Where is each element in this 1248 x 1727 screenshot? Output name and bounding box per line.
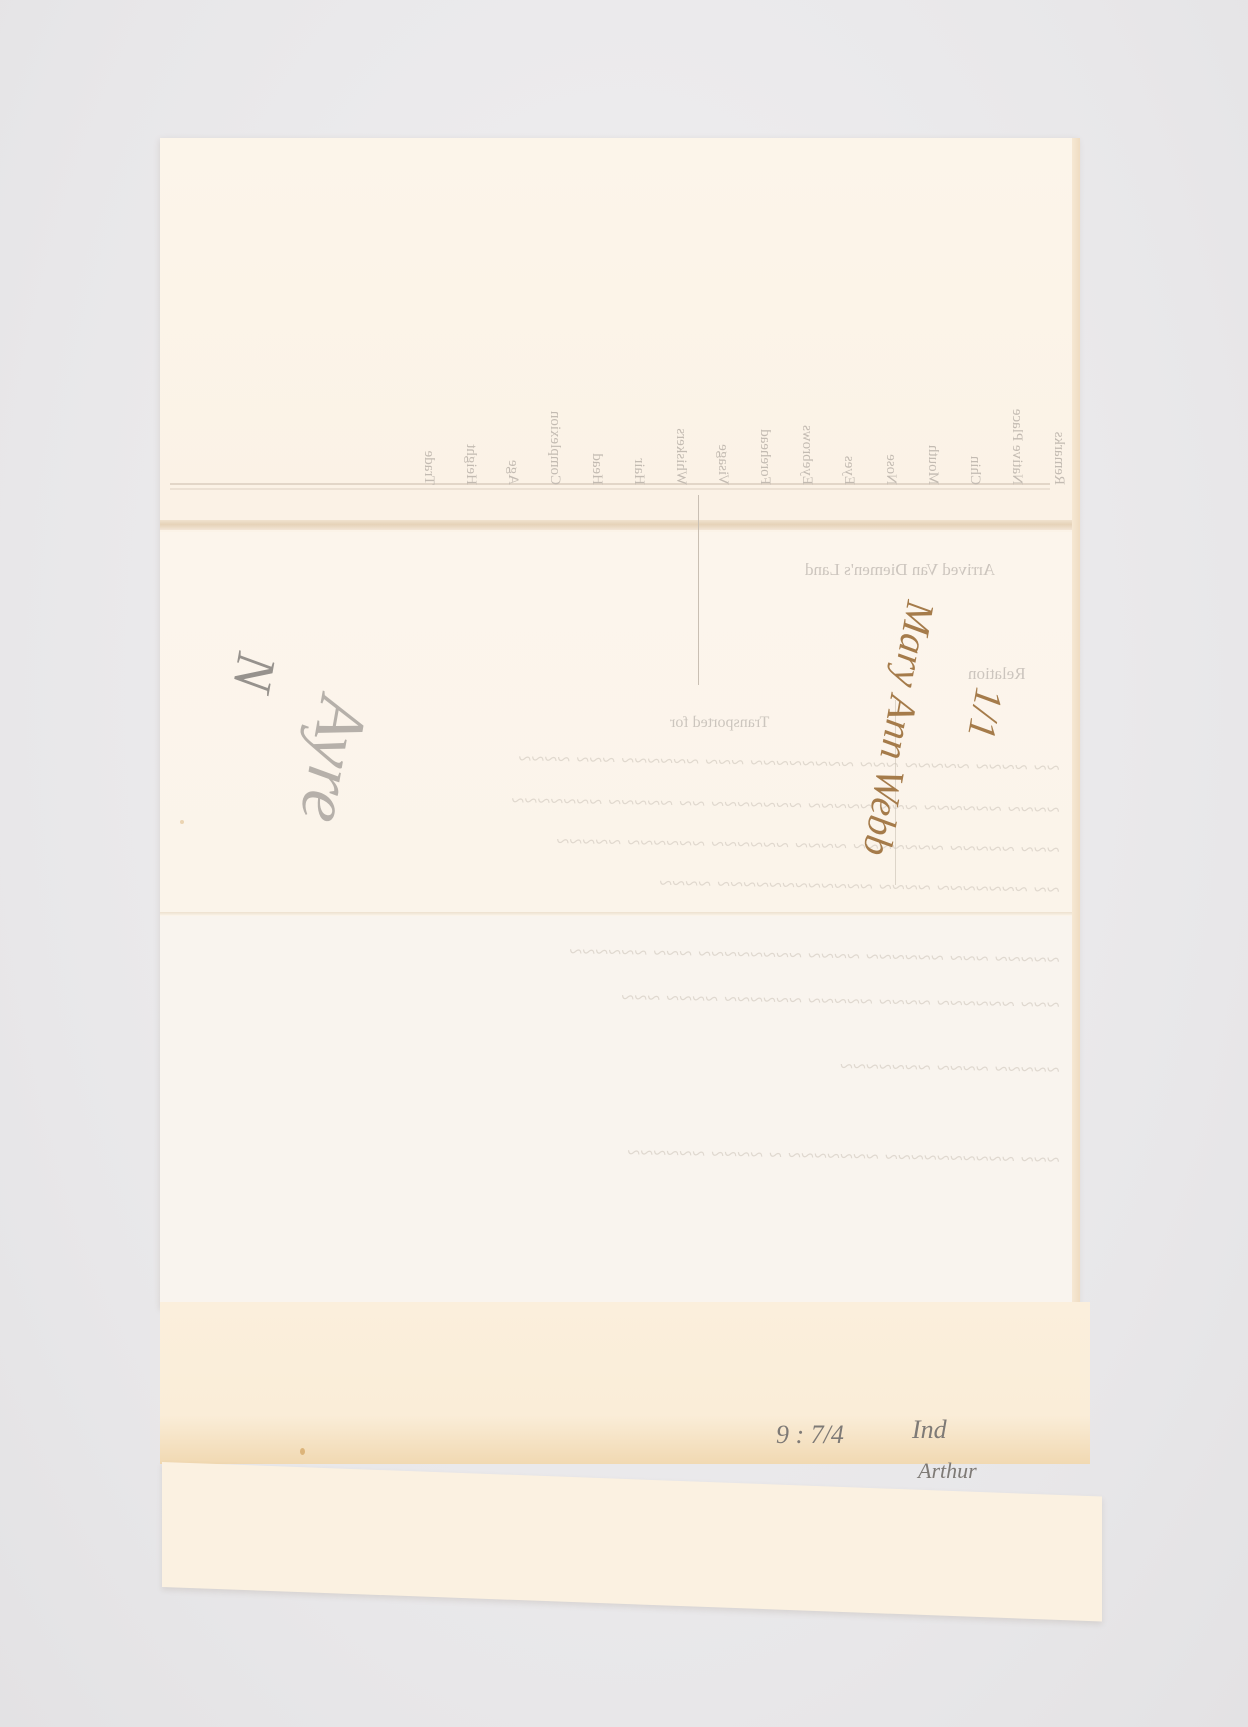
show-through-column-headers: Trade Height Age Complexion Head Hair Wh… [410,365,1070,485]
column-header: Head [588,453,605,485]
column-header: Eyebrows [798,425,815,485]
bottom-fold-flap [160,1302,1090,1464]
column-header: Visage [714,444,731,485]
pencil-reference-name: Arthur [918,1458,977,1484]
horizontal-crease [160,912,1078,915]
column-header: Chin [966,456,983,485]
pencil-reference-number: 9 : 7/4 [776,1420,844,1450]
column-header: Forehead [756,429,773,485]
column-header: Eyes [840,456,857,485]
column-header: Complexion [546,411,563,485]
show-through-relation-label: Relation [968,664,1026,684]
paper-stain [300,1448,305,1455]
table-rule-line [170,488,1050,490]
sheet-right-edge [1072,138,1080,1458]
pencil-reference-ind: Ind [912,1415,947,1445]
column-header: Nose [882,454,899,485]
column-header: Mouth [924,445,941,485]
paper-stain [180,820,184,824]
lower-panel [160,916,1078,1308]
column-header: Hair [630,458,647,485]
column-header: Trade [420,451,437,485]
column-header: Whiskers [672,428,689,485]
horizontal-fold [160,520,1078,530]
column-header: Remarks [1050,432,1067,485]
column-header: Height [462,444,479,485]
show-through-arrived-label: Arrived Van Diemen's Land [805,560,995,580]
show-through-transported-label: Transported for [670,714,769,732]
handwritten-number: 1/1 [958,684,1013,743]
column-header: Age [504,460,521,485]
column-header: Native Place [1008,409,1025,485]
printed-bracket-line [698,495,699,685]
